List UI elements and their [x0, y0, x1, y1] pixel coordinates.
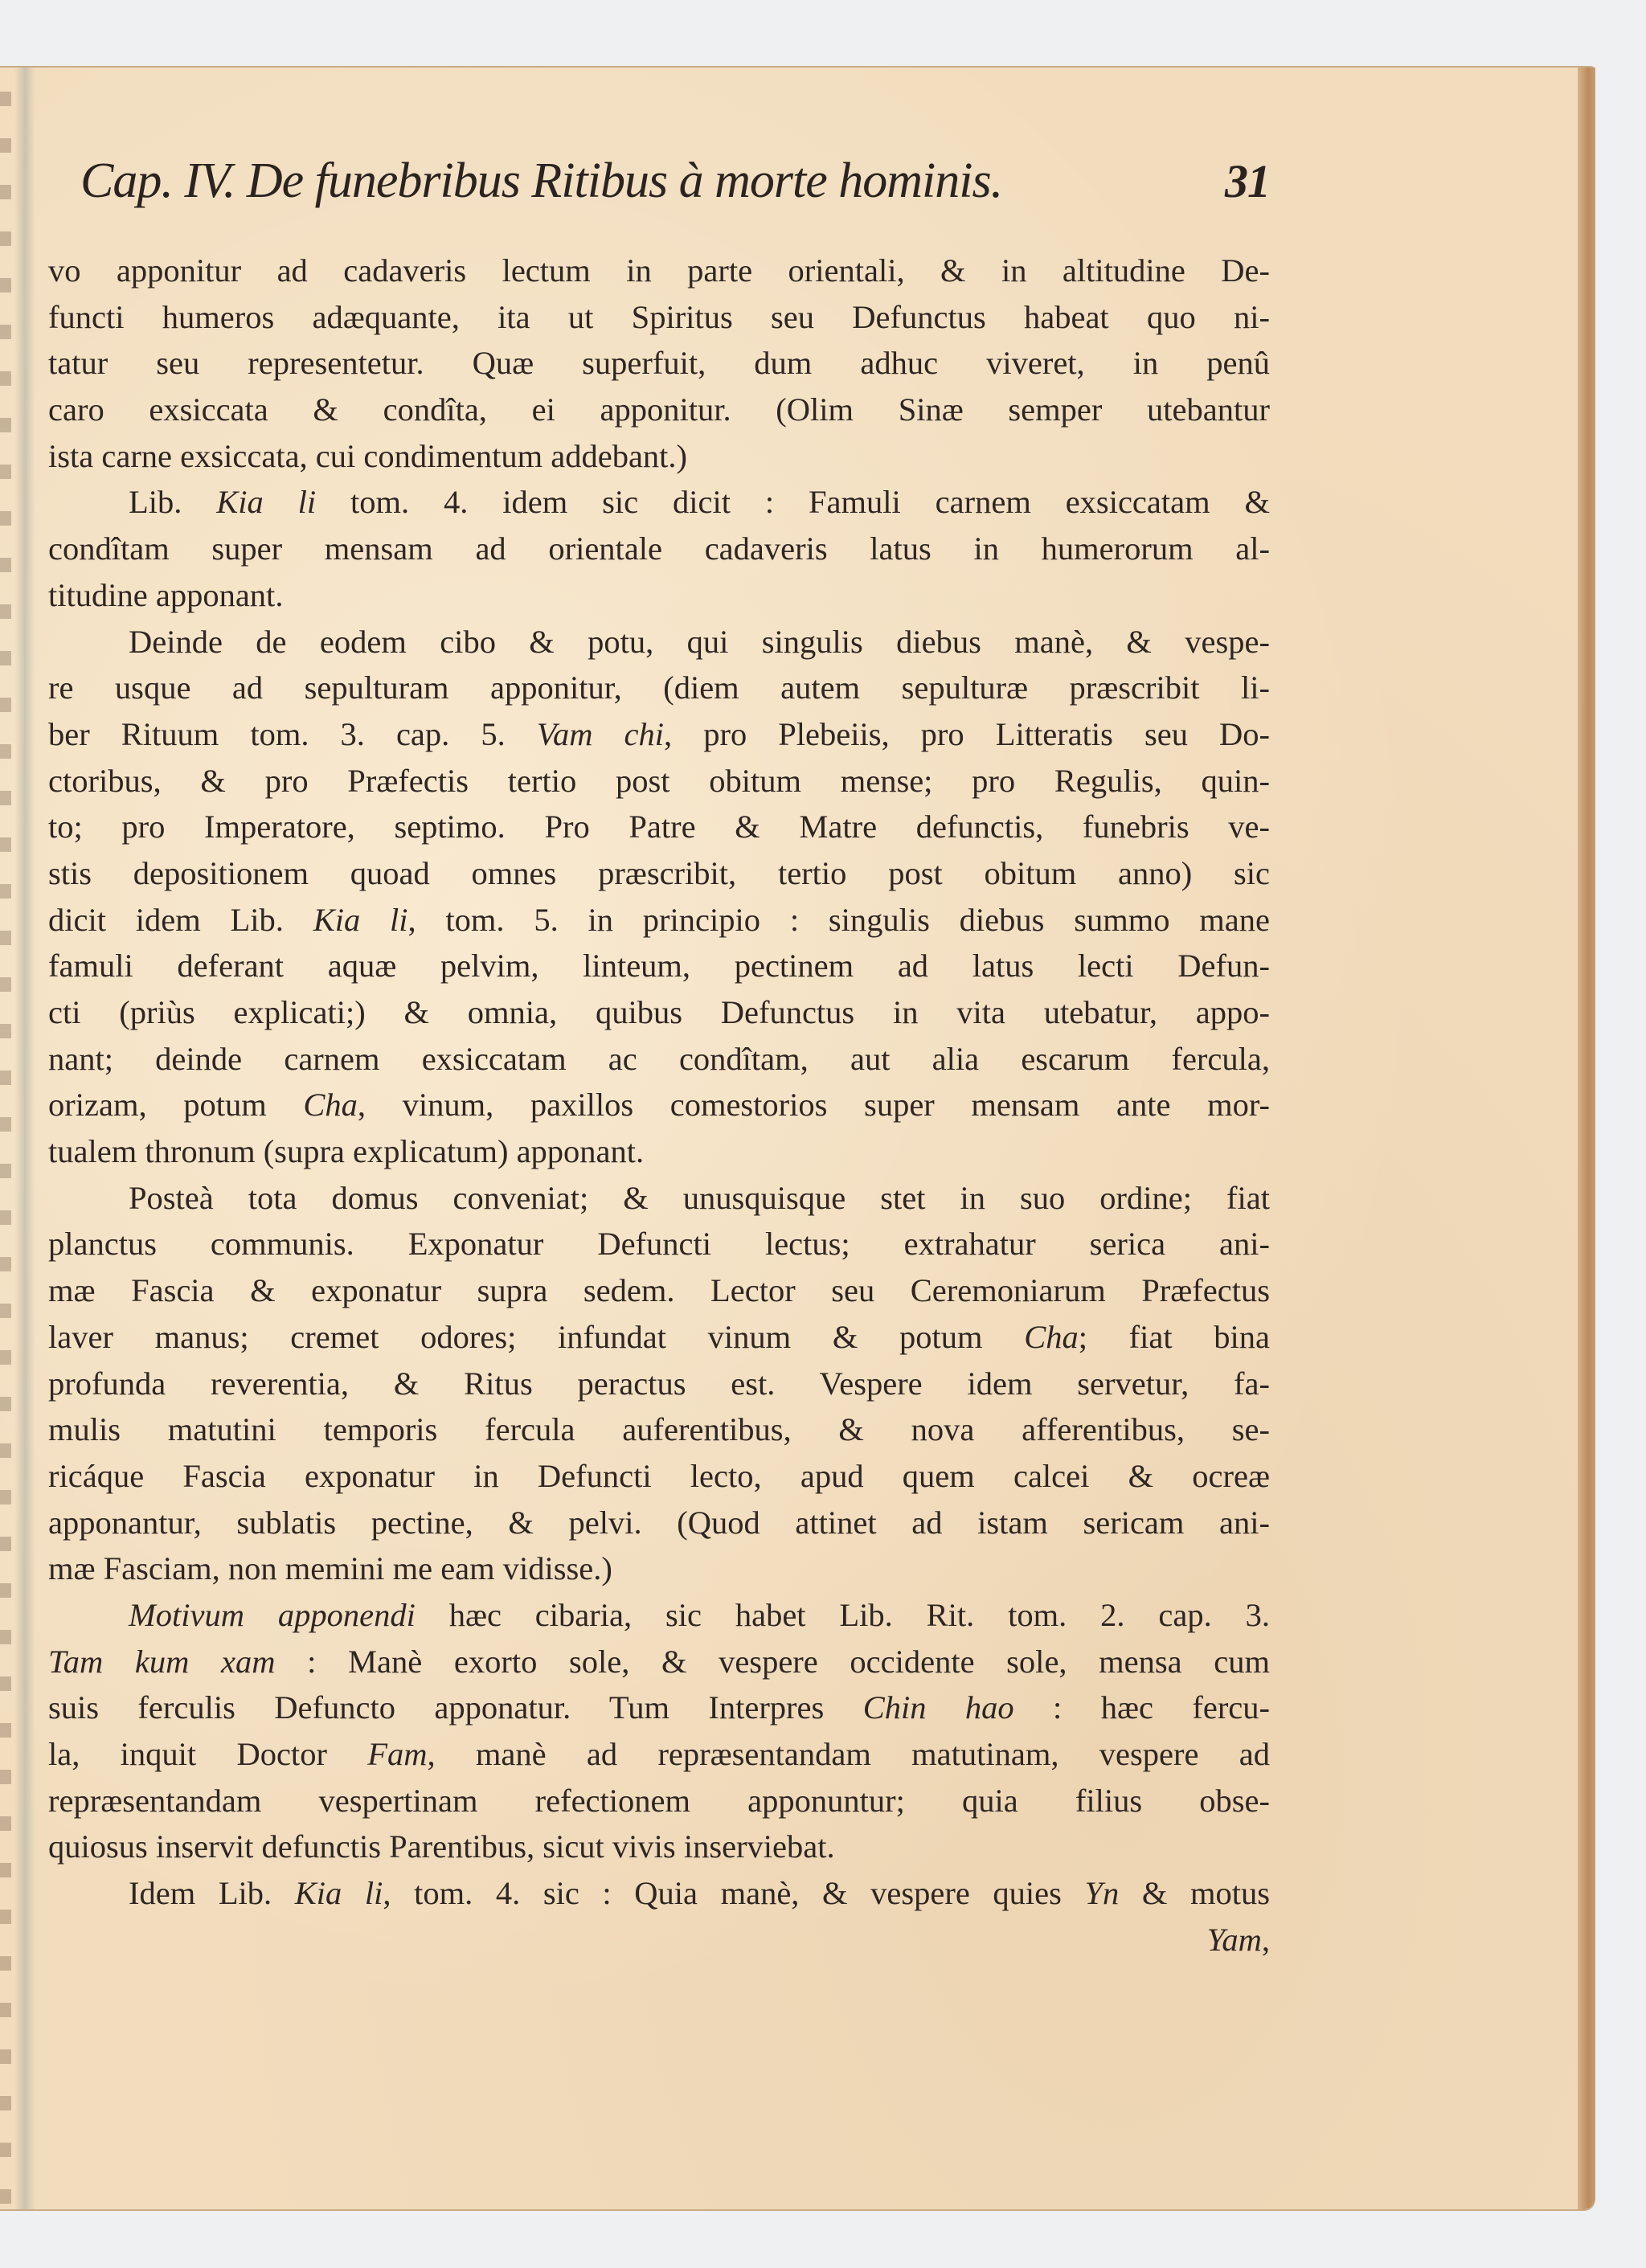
text-line: planctus communis. Exponatur Defuncti le… [48, 1221, 1270, 1267]
text-line: tatur seu representetur. Quæ superfuit, … [48, 340, 1270, 387]
text-line: mæ Fascia & exponatur supra sedem. Lecto… [48, 1267, 1270, 1314]
text-line: re usque ad sepulturam apponitur, (diem … [48, 665, 1270, 711]
text-line: suis ferculis Defuncto apponatur. Tum In… [48, 1685, 1270, 1731]
text-line: ctoribus, & pro Præfectis tertio post ob… [48, 758, 1270, 804]
text-line: tualem thronum (supra explicatum) appona… [48, 1128, 1270, 1175]
italic-term: Yam [1207, 1922, 1262, 1958]
text-line: dicit idem Lib. Kia li, tom. 5. in princ… [48, 897, 1270, 944]
catchword: Yam, [48, 1917, 1270, 1963]
running-title: Cap. IV. De funebribus Ritibus à morte h… [80, 153, 1002, 210]
italic-term: Vam chi [537, 716, 664, 752]
text-line: ber Rituum tom. 3. cap. 5. Vam chi, pro … [48, 711, 1270, 758]
text-line: stis depositionem quoad omnes præscribit… [48, 850, 1270, 897]
paragraph-start: Deinde de eodem cibo & potu, qui singuli… [48, 619, 1270, 665]
paragraph-start: Idem Lib. Kia li, tom. 4. sic : Quia man… [48, 1870, 1270, 1917]
text-line: ista carne exsiccata, cui condimentum ad… [48, 433, 1270, 480]
italic-term: Yn [1084, 1875, 1119, 1911]
text-line: profunda reverentia, & Ritus peractus es… [48, 1361, 1270, 1407]
text-line: to; pro Imperatore, septimo. Pro Patre &… [48, 804, 1270, 850]
text-line: famuli deferant aquæ pelvim, linteum, pe… [48, 943, 1270, 989]
page-number: 31 [1225, 154, 1270, 208]
paragraph-start: Posteà tota domus conveniat; & unusquisq… [48, 1175, 1270, 1222]
text-line: repræsentandam vespertinam refectionem a… [48, 1778, 1270, 1824]
italic-term: Kia li [313, 902, 408, 938]
text-line: laver manus; cremet odores; infundat vin… [48, 1314, 1270, 1361]
gutter-shadow [14, 68, 35, 2209]
text-line: titudine apponant. [48, 572, 1270, 619]
text-line: mulis matutini temporis fercula auferent… [48, 1406, 1270, 1453]
italic-term: Cha [303, 1087, 358, 1123]
italic-term: Tam kum xam [48, 1644, 276, 1680]
text-line: vo apponitur ad cadaveris lectum in part… [48, 248, 1270, 294]
paragraph-start: Motivum apponendi hæc cibaria, sic habet… [48, 1592, 1270, 1639]
italic-term: Fam [367, 1736, 427, 1772]
text-line: orizam, potum Cha, vinum, paxillos comes… [48, 1082, 1270, 1128]
facing-page-bleed [0, 68, 11, 2209]
text-line: Tam kum xam : Manè exorto sole, & vesper… [48, 1639, 1270, 1685]
italic-term: Motivum apponendi [129, 1597, 416, 1633]
text-line: ricáque Fascia exponatur in Defuncti lec… [48, 1453, 1270, 1500]
text-line: condîtam super mensam ad orientale cadav… [48, 526, 1270, 572]
text-line: functi humeros adæquante, ita ut Spiritu… [48, 294, 1270, 341]
italic-term: Kia li [295, 1875, 383, 1911]
italic-term: Kia li [216, 484, 316, 520]
text-line: cti (priùs explicati;) & omnia, quibus D… [48, 989, 1270, 1036]
text-line: nant; deinde carnem exsiccatam ac condît… [48, 1036, 1270, 1083]
text-line: caro exsiccata & condîta, ei apponitur. … [48, 387, 1270, 433]
running-header: Cap. IV. De funebribus Ritibus à morte h… [80, 153, 1270, 217]
text-line: la, inquit Doctor Fam, manè ad repræsent… [48, 1731, 1270, 1778]
italic-term: Cha [1024, 1319, 1079, 1355]
body-text: vo apponitur ad cadaveris lectum in part… [48, 248, 1270, 1963]
paragraph-start: Lib. Kia li tom. 4. idem sic dicit : Fam… [48, 479, 1270, 526]
italic-term: Chin hao [863, 1689, 1014, 1726]
page-edge [1578, 68, 1595, 2209]
text-line: apponantur, sublatis pectine, & pelvi. (… [48, 1500, 1270, 1546]
text-line: mæ Fasciam, non memini me eam vidisse.) [48, 1545, 1270, 1592]
text-line: quiosus inservit defunctis Parentibus, s… [48, 1824, 1270, 1870]
